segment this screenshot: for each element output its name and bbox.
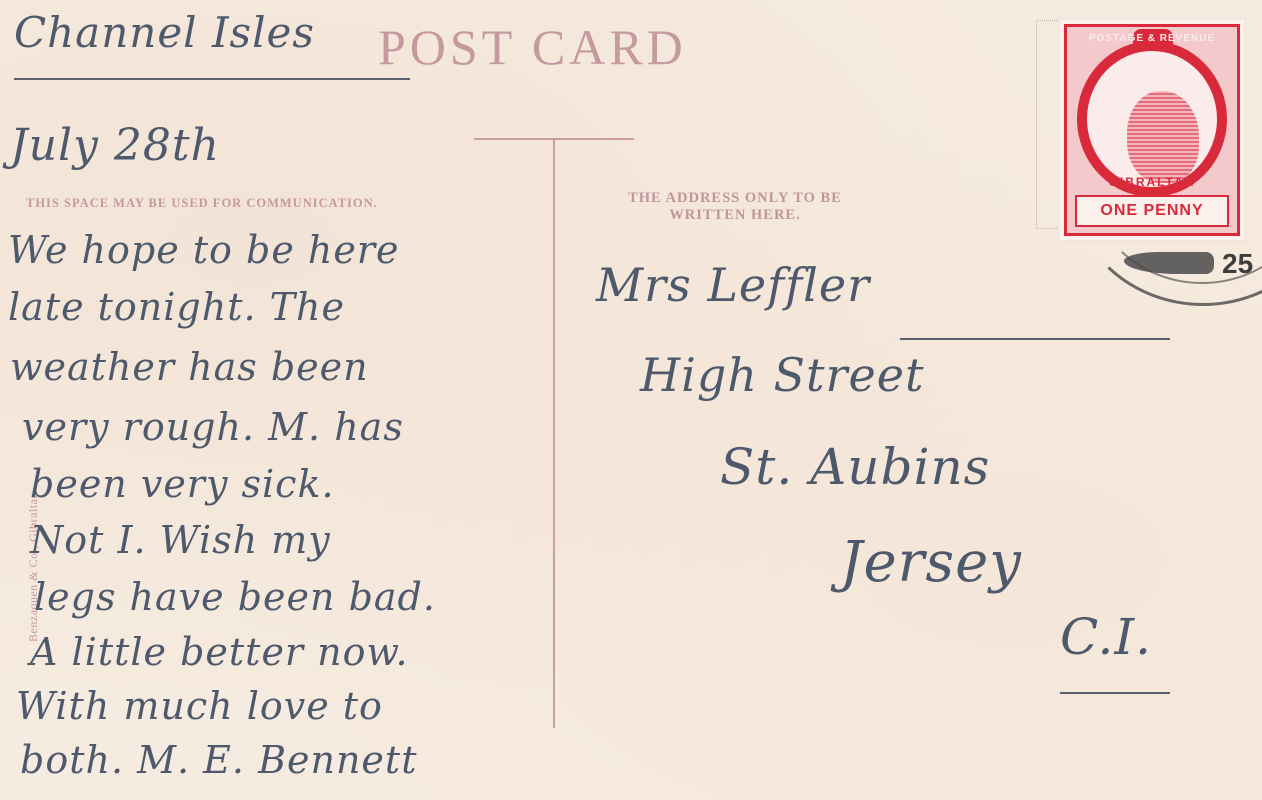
message-heading: Channel Isles — [14, 8, 315, 57]
divider-vertical-line — [553, 138, 555, 728]
publisher-imprint: Benzaquen & Co., Gibraltar. — [26, 491, 41, 642]
message-line: been very sick. — [30, 462, 335, 506]
communication-label: THIS SPACE MAY BE USED FOR COMMUNICATION… — [26, 196, 378, 211]
heading-underline — [14, 78, 410, 80]
post-card-title: POST CARD — [378, 18, 687, 76]
postmark-number: 25 — [1222, 248, 1253, 280]
address-label-line2: WRITTEN HERE. — [570, 207, 900, 224]
address-label-line1: THE ADDRESS ONLY TO BE — [570, 190, 900, 207]
message-line: legs have been bad. — [34, 575, 436, 619]
address-line-region: C.I. — [1060, 608, 1152, 666]
stamp-top-text: POSTAGE & REVENUE — [1067, 33, 1237, 44]
message-date: July 28th — [10, 120, 220, 171]
address-line-island: Jersey — [840, 530, 1022, 595]
postcard-back: POST CARD THIS SPACE MAY BE USED FOR COM… — [0, 0, 1262, 800]
address-label: THE ADDRESS ONLY TO BE WRITTEN HERE. — [570, 190, 900, 224]
address-line-recipient: Mrs Leffler — [596, 258, 870, 312]
message-line: very rough. M. has — [22, 405, 404, 449]
message-signature: both. M. E. Bennett — [20, 738, 417, 782]
message-line: late tonight. The — [8, 285, 345, 329]
message-line: weather has been — [10, 345, 369, 389]
address-line-town: St. Aubins — [720, 438, 990, 496]
stamp-margin-guide — [1036, 20, 1063, 229]
region-underline — [1060, 692, 1170, 694]
message-line: A little better now. — [30, 630, 409, 674]
address-underline — [900, 338, 1170, 340]
message-line: Not I. Wish my — [30, 518, 331, 562]
message-line: With much love to — [16, 684, 383, 728]
message-line: We hope to be here — [8, 228, 400, 272]
address-line-street: High Street — [640, 348, 924, 402]
